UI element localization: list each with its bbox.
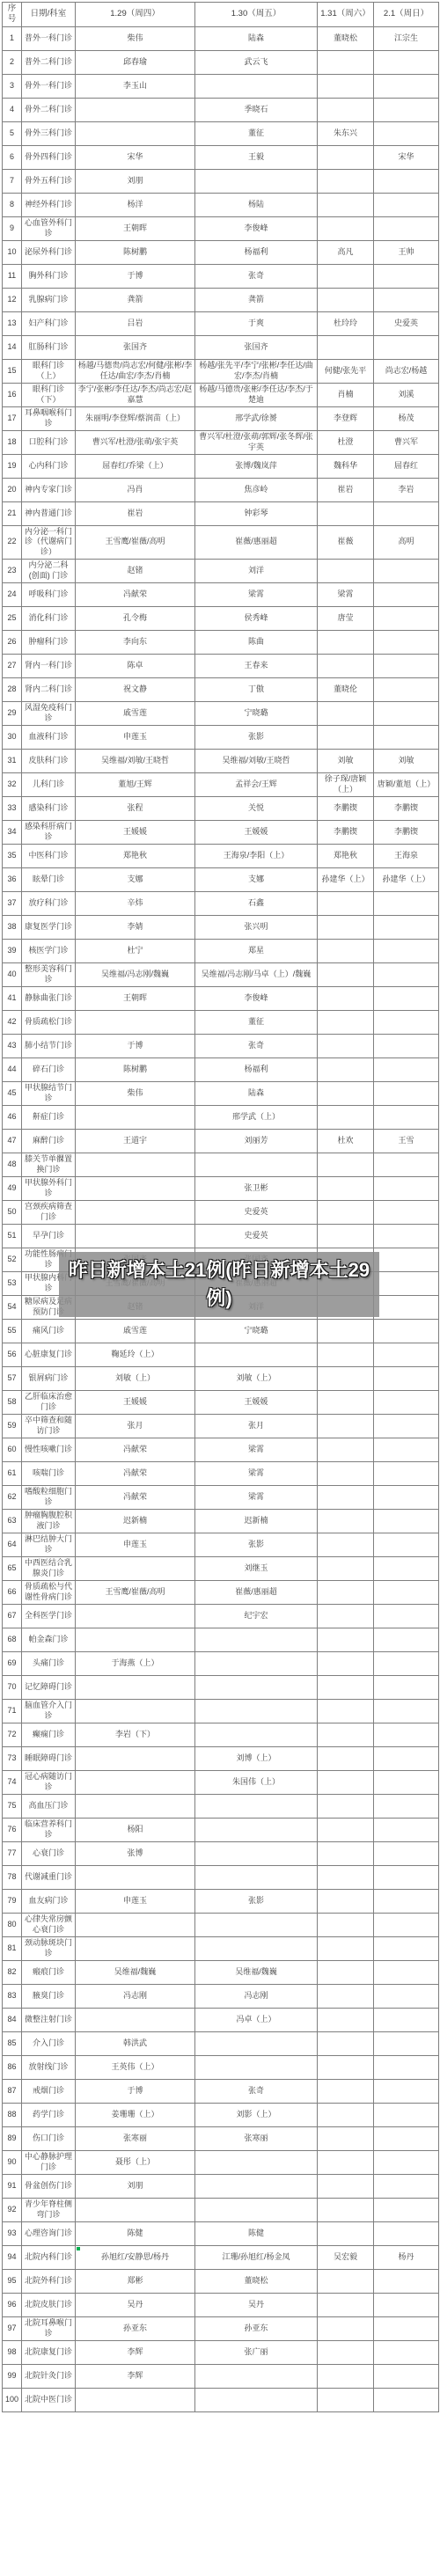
doctor-cell bbox=[195, 74, 318, 98]
department-cell: 内分泌二科(创面) 门诊 bbox=[22, 559, 76, 582]
doctor-cell bbox=[374, 501, 439, 525]
row-number: 93 bbox=[3, 2221, 22, 2245]
row-number: 97 bbox=[3, 2316, 22, 2340]
doctor-cell bbox=[195, 1913, 318, 1936]
doctor-cell bbox=[318, 1889, 374, 1913]
doctor-cell: 龚箭 bbox=[76, 288, 195, 311]
table-row: 9心血管外科门诊王朝晖李俊峰 bbox=[3, 216, 439, 240]
table-row: 56心脏康复门诊鞠延玲（上） bbox=[3, 1343, 439, 1366]
row-number: 98 bbox=[3, 2340, 22, 2364]
doctor-cell: 吴宏毅 bbox=[318, 2245, 374, 2269]
department-cell: 心内科门诊 bbox=[22, 454, 76, 478]
doctor-cell: 王毅 bbox=[195, 145, 318, 169]
row-number: 46 bbox=[3, 1105, 22, 1129]
doctor-cell: 鞠延玲（上） bbox=[76, 1343, 195, 1366]
table-row: 87戒烟门诊于博张奇 bbox=[3, 2079, 439, 2103]
doctor-cell bbox=[318, 2316, 374, 2340]
doctor-cell: 宋华 bbox=[374, 145, 439, 169]
department-cell: 康复医学门诊 bbox=[22, 915, 76, 939]
doctor-cell: 史爱英 bbox=[195, 1224, 318, 1248]
table-row: 8神经外科门诊杨洋杨陆 bbox=[3, 193, 439, 216]
doctor-cell bbox=[76, 1200, 195, 1224]
doctor-cell: 陈树鹏 bbox=[76, 240, 195, 264]
doctor-cell bbox=[318, 2079, 374, 2103]
doctor-cell bbox=[76, 1010, 195, 1034]
doctor-cell: 季晓石 bbox=[195, 98, 318, 121]
doctor-cell: 董旭/王辉 bbox=[76, 772, 195, 796]
doctor-cell: 焦彦岭 bbox=[195, 478, 318, 501]
doctor-cell bbox=[318, 2126, 374, 2150]
table-row: 84微整注射门诊冯卓（上） bbox=[3, 2008, 439, 2031]
department-cell: 骨外三科门诊 bbox=[22, 121, 76, 145]
row-number: 43 bbox=[3, 1034, 22, 1057]
table-row: 67全科医学门诊纪宇宏 bbox=[3, 1604, 439, 1628]
doctor-cell: 李鹏锲 bbox=[374, 820, 439, 844]
doctor-cell: 王英伟（上） bbox=[76, 2055, 195, 2079]
doctor-cell bbox=[374, 2174, 439, 2198]
doctor-cell: 李辉 bbox=[76, 2340, 195, 2364]
column-header: 序号 bbox=[3, 3, 22, 27]
doctor-cell: 冯献荣 bbox=[76, 1485, 195, 1509]
doctor-cell: 刘洋 bbox=[195, 559, 318, 582]
doctor-cell: 杨陆 bbox=[195, 193, 318, 216]
table-row: 80心律失常房颤心衰门诊 bbox=[3, 1913, 439, 1936]
row-number: 21 bbox=[3, 501, 22, 525]
doctor-cell: 张广丽 bbox=[195, 2340, 318, 2364]
doctor-cell: 李俊峰 bbox=[195, 216, 318, 240]
row-number: 61 bbox=[3, 1461, 22, 1485]
doctor-cell bbox=[374, 1271, 439, 1295]
doctor-cell: 柴伟 bbox=[76, 1081, 195, 1105]
doctor-cell: 高明 bbox=[374, 525, 439, 559]
department-cell: 痛风门诊 bbox=[22, 1319, 76, 1343]
doctor-cell: 冯献荣 bbox=[76, 1461, 195, 1485]
table-row: 64淋巴结肿大门诊申莲玉张影 bbox=[3, 1533, 439, 1556]
doctor-cell bbox=[374, 74, 439, 98]
row-number: 39 bbox=[3, 939, 22, 962]
doctor-cell: 江珊/孙旭红/杨金凤 bbox=[195, 2245, 318, 2269]
doctor-cell: 刘朋 bbox=[76, 2174, 195, 2198]
table-row: 19心内科门诊屈春红/乔梁（上）张博/魏岚萍魏科华屈春红 bbox=[3, 454, 439, 478]
doctor-cell bbox=[374, 1034, 439, 1057]
doctor-cell: 杜澄 bbox=[318, 430, 374, 454]
table-row: 36眩晕门诊支娜支娜孙建华（上）孙建华（上） bbox=[3, 867, 439, 891]
doctor-cell bbox=[318, 1153, 374, 1176]
doctor-cell: 朱丽明/李登辉/蔡润苗（上） bbox=[76, 406, 195, 430]
doctor-cell: 吴维福/刘敏/王晓哲 bbox=[195, 749, 318, 772]
doctor-cell: 朱东兴 bbox=[318, 121, 374, 145]
doctor-cell bbox=[374, 193, 439, 216]
doctor-cell: 杨越/马德贵/张彬/李任达/李杰/于楚迪 bbox=[195, 383, 318, 406]
doctor-cell bbox=[374, 1390, 439, 1414]
table-row: 41静脉曲张门诊王朝晖李俊峰 bbox=[3, 986, 439, 1010]
table-row: 85介入门诊韩洪武 bbox=[3, 2031, 439, 2055]
table-row: 55痛风门诊戚雪莲宁晓璐 bbox=[3, 1319, 439, 1343]
doctor-cell bbox=[374, 216, 439, 240]
doctor-cell: 辛炜 bbox=[76, 891, 195, 915]
table-row: 82瘢痕门诊吴维福/魏巍吴维福/魏巍 bbox=[3, 1960, 439, 1984]
department-cell: 北院针灸门诊 bbox=[22, 2364, 76, 2388]
row-number: 26 bbox=[3, 630, 22, 654]
doctor-cell: 崔岩 bbox=[76, 501, 195, 525]
doctor-cell: 孙亚东 bbox=[76, 2316, 195, 2340]
department-cell: 咳喘门诊 bbox=[22, 1461, 76, 1485]
row-number: 38 bbox=[3, 915, 22, 939]
doctor-cell: 王雪鹰/崔薇/高明 bbox=[76, 525, 195, 559]
department-cell: 妇产科门诊 bbox=[22, 311, 76, 335]
doctor-cell: 刘敏（上） bbox=[195, 1366, 318, 1390]
table-row: 27肾内一科门诊陈卓王春来 bbox=[3, 654, 439, 677]
row-number: 36 bbox=[3, 867, 22, 891]
department-cell: 全科医学门诊 bbox=[22, 1604, 76, 1628]
doctor-cell: 于博 bbox=[76, 264, 195, 288]
doctor-cell: 李岩 bbox=[374, 478, 439, 501]
row-number: 62 bbox=[3, 1485, 22, 1509]
table-row: 10泌尿外科门诊陈树鹏杨福利高凡王帅 bbox=[3, 240, 439, 264]
doctor-cell: 李婧 bbox=[76, 915, 195, 939]
doctor-cell: 刘敏（上） bbox=[76, 1366, 195, 1390]
doctor-cell bbox=[318, 74, 374, 98]
doctor-cell bbox=[318, 915, 374, 939]
doctor-cell: 刘继玉 bbox=[195, 1556, 318, 1580]
table-row: 39核医学门诊杜宁郑星 bbox=[3, 939, 439, 962]
doctor-cell: 陆森 bbox=[195, 26, 318, 50]
doctor-cell bbox=[318, 1628, 374, 1651]
doctor-cell bbox=[374, 1485, 439, 1509]
doctor-cell: 柴伟 bbox=[76, 26, 195, 50]
row-number: 34 bbox=[3, 820, 22, 844]
table-row: 16眼科门诊（下）李宁/张彬/李任达/李杰/尚志宏/赵嘉慧杨越/马德贵/张彬/李… bbox=[3, 383, 439, 406]
department-cell: 帕金森门诊 bbox=[22, 1628, 76, 1651]
table-row: 74冠心病随访门诊朱国伟（上） bbox=[3, 1770, 439, 1794]
doctor-cell: 杨福利 bbox=[195, 1057, 318, 1081]
table-row: 20神内专家门诊冯肖焦彦岭崔岩李岩 bbox=[3, 478, 439, 501]
doctor-cell bbox=[374, 2269, 439, 2293]
doctor-cell: 王道宇 bbox=[76, 1129, 195, 1153]
doctor-cell: 张影 bbox=[195, 1889, 318, 1913]
table-row: 83腋臭门诊冯志刚冯志刚 bbox=[3, 1984, 439, 2008]
doctor-cell bbox=[374, 2079, 439, 2103]
row-number: 10 bbox=[3, 240, 22, 264]
outpatient-schedule-table: 序号日期/科室1.29（周四）1.30（周五）1.31（周六）2.1（周日） 1… bbox=[2, 2, 439, 2412]
column-header: 1.29（周四） bbox=[76, 3, 195, 27]
doctor-cell bbox=[374, 1509, 439, 1533]
column-header: 2.1（周日） bbox=[374, 3, 439, 27]
doctor-cell bbox=[318, 1794, 374, 1818]
department-cell: 药学门诊 bbox=[22, 2103, 76, 2126]
doctor-cell bbox=[318, 1438, 374, 1461]
department-cell: 早孕门诊 bbox=[22, 1224, 76, 1248]
doctor-cell bbox=[374, 1295, 439, 1319]
doctor-cell bbox=[374, 1936, 439, 1960]
doctor-cell bbox=[318, 1509, 374, 1533]
table-row: 90中心静脉护理门诊聂彤（上） bbox=[3, 2150, 439, 2174]
doctor-cell: 张寒丽 bbox=[195, 2126, 318, 2150]
doctor-cell bbox=[374, 1224, 439, 1248]
table-row: 40整形美容科门诊吴维福/冯志刚/魏巍吴维福/冯志刚/马卓（上）/魏巍 bbox=[3, 962, 439, 986]
table-row: 33感染科门诊张程关悦李鹏锲李鹏锲 bbox=[3, 796, 439, 820]
doctor-cell bbox=[318, 962, 374, 986]
department-cell: 感染科门诊 bbox=[22, 796, 76, 820]
doctor-cell bbox=[374, 1723, 439, 1746]
doctor-cell bbox=[318, 1319, 374, 1343]
header-row: 序号日期/科室1.29（周四）1.30（周五）1.31（周六）2.1（周日） bbox=[3, 3, 439, 27]
doctor-cell bbox=[318, 50, 374, 74]
doctor-cell: 宁晓璐 bbox=[195, 701, 318, 725]
doctor-cell: 史爱英 bbox=[374, 311, 439, 335]
doctor-cell bbox=[374, 1770, 439, 1794]
table-row: 12乳腺病门诊龚箭龚箭 bbox=[3, 288, 439, 311]
doctor-cell bbox=[76, 1675, 195, 1699]
doctor-cell: 刘影（上） bbox=[195, 2103, 318, 2126]
table-row: 59卒中筛查和随访门诊张月张月 bbox=[3, 1414, 439, 1438]
doctor-cell bbox=[374, 2388, 439, 2411]
row-number: 52 bbox=[3, 1248, 22, 1271]
row-number: 20 bbox=[3, 478, 22, 501]
doctor-cell: 杨福利 bbox=[195, 240, 318, 264]
doctor-cell: 王海泉/李阳（上） bbox=[195, 844, 318, 867]
doctor-cell bbox=[195, 1865, 318, 1889]
row-number: 3 bbox=[3, 74, 22, 98]
department-cell: 骨质疏松与代谢性骨病门诊 bbox=[22, 1580, 76, 1604]
table-body: 1普外一科门诊柴伟陆森董晓松江宗生2普外二科门诊邱春瑜武云飞3骨外一科门诊李玉山… bbox=[3, 26, 439, 2411]
department-cell: 卒中筛查和随访门诊 bbox=[22, 1414, 76, 1438]
row-number: 55 bbox=[3, 1319, 22, 1343]
row-number: 66 bbox=[3, 1580, 22, 1604]
row-number: 28 bbox=[3, 677, 22, 701]
doctor-cell: 王春来 bbox=[195, 654, 318, 677]
row-number: 57 bbox=[3, 1366, 22, 1390]
doctor-cell bbox=[76, 121, 195, 145]
doctor-cell: 梁霄 bbox=[195, 1485, 318, 1509]
table-row: 78代谢减重门诊 bbox=[3, 1865, 439, 1889]
doctor-cell bbox=[76, 98, 195, 121]
row-number: 19 bbox=[3, 454, 22, 478]
doctor-cell bbox=[195, 1651, 318, 1675]
department-cell: 肛肠科门诊 bbox=[22, 335, 76, 359]
doctor-cell: 支娜 bbox=[195, 867, 318, 891]
department-cell: 口腔科门诊 bbox=[22, 430, 76, 454]
doctor-cell bbox=[374, 606, 439, 630]
row-number: 1 bbox=[3, 26, 22, 50]
headline-text: 昨日新增本土21例(昨日新增本土29例) bbox=[69, 1259, 370, 1309]
doctor-cell bbox=[374, 1889, 439, 1913]
table-row: 18口腔科门诊曹兴军/杜澄/张萌/张宇英曹兴军/杜澄/张萌/郭辉/张冬辉/张宇英… bbox=[3, 430, 439, 454]
doctor-cell bbox=[374, 335, 439, 359]
doctor-cell: 高凡 bbox=[318, 240, 374, 264]
row-number: 83 bbox=[3, 1984, 22, 2008]
doctor-cell bbox=[76, 1628, 195, 1651]
table-row: 70记忆障碍门诊 bbox=[3, 1675, 439, 1699]
table-row: 29风湿免疫科门诊戚雪莲宁晓璐 bbox=[3, 701, 439, 725]
doctor-cell: 李登辉 bbox=[318, 406, 374, 430]
table-row: 92青少年脊柱侧弯门诊 bbox=[3, 2198, 439, 2221]
department-cell: 消化科门诊 bbox=[22, 606, 76, 630]
doctor-cell bbox=[318, 169, 374, 193]
row-number: 51 bbox=[3, 1224, 22, 1248]
row-number: 33 bbox=[3, 796, 22, 820]
table-header: 序号日期/科室1.29（周四）1.30（周五）1.31（周六）2.1（周日） bbox=[3, 3, 439, 27]
doctor-cell bbox=[76, 1936, 195, 1960]
column-header: 1.31（周六） bbox=[318, 3, 374, 27]
table-row: 14肛肠科门诊张国齐张国齐 bbox=[3, 335, 439, 359]
doctor-cell bbox=[318, 2008, 374, 2031]
row-number: 15 bbox=[3, 359, 22, 383]
table-row: 15眼科门诊（上）杨越/马德贵/尚志宏/何健/张彬/李任达/曲宏/李杰/肖楠杨越… bbox=[3, 359, 439, 383]
row-number: 18 bbox=[3, 430, 22, 454]
doctor-cell bbox=[318, 1057, 374, 1081]
doctor-cell bbox=[318, 2031, 374, 2055]
department-cell: 眼科门诊（上） bbox=[22, 359, 76, 383]
doctor-cell: 吴丹 bbox=[195, 2293, 318, 2316]
doctor-cell bbox=[76, 1699, 195, 1723]
table-row: 3骨外一科门诊李玉山 bbox=[3, 74, 439, 98]
department-cell: 血液科门诊 bbox=[22, 725, 76, 749]
doctor-cell: 吴维福/冯志刚/魏巍 bbox=[76, 962, 195, 986]
doctor-cell: 孔令梅 bbox=[76, 606, 195, 630]
doctor-cell bbox=[318, 1913, 374, 1936]
doctor-cell: 董征 bbox=[195, 121, 318, 145]
doctor-cell bbox=[374, 1675, 439, 1699]
doctor-cell bbox=[318, 1556, 374, 1580]
comment-marker bbox=[77, 2247, 80, 2250]
doctor-cell bbox=[318, 1984, 374, 2008]
doctor-cell bbox=[318, 1485, 374, 1509]
row-number: 50 bbox=[3, 1200, 22, 1224]
doctor-cell: 张月 bbox=[195, 1414, 318, 1438]
doctor-cell: 李向东 bbox=[76, 630, 195, 654]
doctor-cell: 杜玲玲 bbox=[318, 311, 374, 335]
doctor-cell bbox=[318, 145, 374, 169]
department-cell: 北院内科门诊 bbox=[22, 2245, 76, 2269]
doctor-cell: 李鹏锲 bbox=[318, 796, 374, 820]
table-row: 100北院中医门诊 bbox=[3, 2388, 439, 2411]
row-number: 12 bbox=[3, 288, 22, 311]
department-cell: 骨外四科门诊 bbox=[22, 145, 76, 169]
row-number: 60 bbox=[3, 1438, 22, 1461]
doctor-cell bbox=[374, 1913, 439, 1936]
doctor-cell: 冯献荣 bbox=[76, 582, 195, 606]
doctor-cell: 邢学武（上） bbox=[195, 1105, 318, 1129]
doctor-cell: 梁霄 bbox=[318, 582, 374, 606]
doctor-cell bbox=[318, 1390, 374, 1414]
department-cell: 肾内一科门诊 bbox=[22, 654, 76, 677]
doctor-cell: 李玉山 bbox=[76, 74, 195, 98]
doctor-cell: 戚雪莲 bbox=[76, 701, 195, 725]
department-cell: 心血管外科门诊 bbox=[22, 216, 76, 240]
doctor-cell bbox=[374, 50, 439, 74]
row-number: 49 bbox=[3, 1176, 22, 1200]
department-cell: 瘢痕门诊 bbox=[22, 1960, 76, 1984]
department-cell: 神内普通门诊 bbox=[22, 501, 76, 525]
doctor-cell bbox=[374, 2198, 439, 2221]
doctor-cell: 杨越/马德贵/尚志宏/何健/张彬/李任达/曲宏/李杰/肖楠 bbox=[76, 359, 195, 383]
doctor-cell: 曹兴军/杜澄/张萌/郭辉/张冬辉/张宇英 bbox=[195, 430, 318, 454]
doctor-cell bbox=[195, 169, 318, 193]
doctor-cell bbox=[318, 1010, 374, 1034]
doctor-cell: 聂彤（上） bbox=[76, 2150, 195, 2174]
doctor-cell bbox=[374, 1604, 439, 1628]
department-cell: 骨外二科门诊 bbox=[22, 98, 76, 121]
doctor-cell bbox=[318, 1699, 374, 1723]
department-cell: 癫痫门诊 bbox=[22, 1723, 76, 1746]
doctor-cell: 张月 bbox=[76, 1414, 195, 1438]
table-row: 79血友病门诊申莲玉张影 bbox=[3, 1889, 439, 1913]
row-number: 24 bbox=[3, 582, 22, 606]
doctor-cell bbox=[374, 1010, 439, 1034]
doctor-cell bbox=[318, 193, 374, 216]
row-number: 47 bbox=[3, 1129, 22, 1153]
row-number: 64 bbox=[3, 1533, 22, 1556]
doctor-cell bbox=[318, 939, 374, 962]
doctor-cell bbox=[318, 1841, 374, 1865]
doctor-cell bbox=[374, 1414, 439, 1438]
doctor-cell bbox=[374, 1818, 439, 1841]
doctor-cell bbox=[374, 630, 439, 654]
doctor-cell bbox=[374, 2221, 439, 2245]
doctor-cell bbox=[318, 2340, 374, 2364]
doctor-cell: 李辉 bbox=[76, 2364, 195, 2388]
doctor-cell bbox=[318, 2269, 374, 2293]
table-row: 73睡眠障碍门诊刘博（上） bbox=[3, 1746, 439, 1770]
table-row: 50宫颈疾病筛查门诊史爱英 bbox=[3, 1200, 439, 1224]
row-number: 89 bbox=[3, 2126, 22, 2150]
doctor-cell bbox=[76, 1913, 195, 1936]
doctor-cell bbox=[318, 2221, 374, 2245]
table-row: 47麻醉门诊王道宇刘丽芳杜欢王雪 bbox=[3, 1129, 439, 1153]
row-number: 58 bbox=[3, 1390, 22, 1414]
doctor-cell: 王雪 bbox=[374, 1129, 439, 1153]
department-cell: 眼科门诊（下） bbox=[22, 383, 76, 406]
doctor-cell bbox=[195, 1343, 318, 1366]
department-cell: 鼾症门诊 bbox=[22, 1105, 76, 1129]
department-cell: 中西医结合乳腺炎门诊 bbox=[22, 1556, 76, 1580]
doctor-cell bbox=[195, 2150, 318, 2174]
doctor-cell: 戚雪莲 bbox=[76, 1319, 195, 1343]
doctor-cell: 郑彬 bbox=[76, 2269, 195, 2293]
table-row: 1普外一科门诊柴伟陆森董晓松江宗生 bbox=[3, 26, 439, 50]
department-cell: 骨质疏松门诊 bbox=[22, 1010, 76, 1034]
doctor-cell: 董晓松 bbox=[318, 26, 374, 50]
department-cell: 耳鼻咽喉科门诊 bbox=[22, 406, 76, 430]
doctor-cell bbox=[374, 1081, 439, 1105]
row-number: 82 bbox=[3, 1960, 22, 1984]
table-row: 23内分泌二科(创面) 门诊赵锗刘洋 bbox=[3, 559, 439, 582]
doctor-cell bbox=[374, 1319, 439, 1343]
department-cell: 慢性咳嗽门诊 bbox=[22, 1438, 76, 1461]
doctor-cell bbox=[374, 1200, 439, 1224]
doctor-cell: 杨阳 bbox=[76, 1818, 195, 1841]
department-cell: 普外一科门诊 bbox=[22, 26, 76, 50]
doctor-cell: 赵锗 bbox=[76, 559, 195, 582]
row-number: 77 bbox=[3, 1841, 22, 1865]
table-row: 28肾内二科门诊祝文静丁傲董晓伦 bbox=[3, 677, 439, 701]
doctor-cell bbox=[374, 1176, 439, 1200]
row-number: 76 bbox=[3, 1818, 22, 1841]
table-row: 88药学门诊姜珊珊（上）刘影（上） bbox=[3, 2103, 439, 2126]
doctor-cell: 陈卓 bbox=[76, 654, 195, 677]
doctor-cell: 孟祥会/王辉 bbox=[195, 772, 318, 796]
doctor-cell bbox=[195, 2174, 318, 2198]
doctor-cell: 冯志刚 bbox=[76, 1984, 195, 2008]
doctor-cell bbox=[374, 1057, 439, 1081]
row-number: 59 bbox=[3, 1414, 22, 1438]
doctor-cell bbox=[195, 1153, 318, 1176]
row-number: 16 bbox=[3, 383, 22, 406]
doctor-cell bbox=[318, 1224, 374, 1248]
department-cell: 肿瘤胸腹腔积液门诊 bbox=[22, 1509, 76, 1533]
row-number: 22 bbox=[3, 525, 22, 559]
